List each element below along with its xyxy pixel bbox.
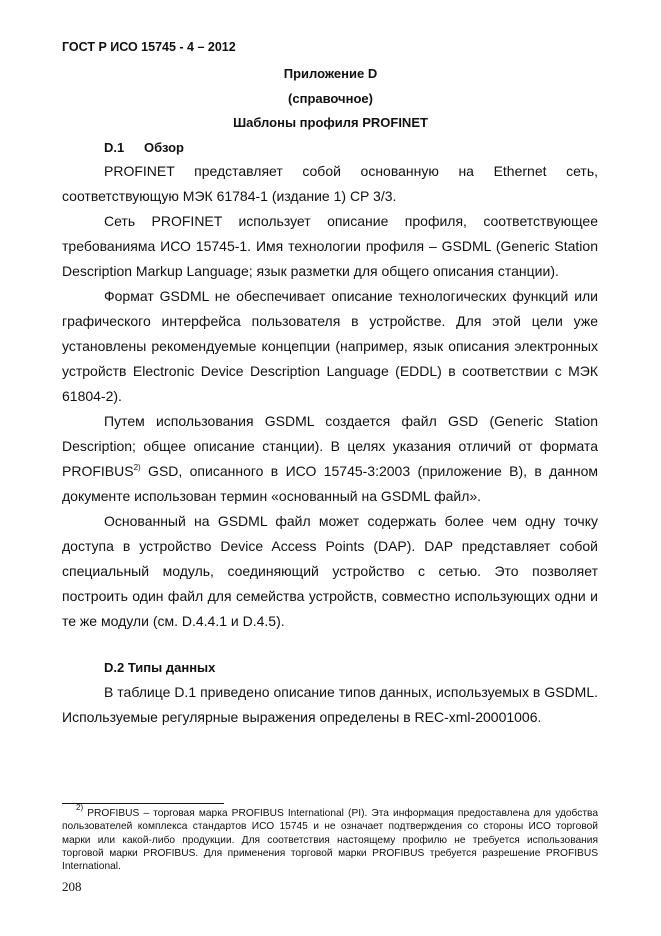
paragraph: Формат GSDML не обеспечивает описание те…	[62, 284, 598, 409]
annex-status: (справочное)	[0, 91, 661, 106]
section-d2-body: В таблице D.1 приведено описание типов д…	[62, 680, 598, 730]
section-heading-d2: D.2 Типы данных	[104, 660, 215, 675]
paragraph: Путем использования GSDML создается файл…	[62, 409, 598, 509]
paragraph: Сеть PROFINET использует описание профил…	[62, 209, 598, 284]
section-number: D.1	[104, 140, 144, 155]
footnote-reference[interactable]: 2)	[134, 463, 141, 472]
paragraph-text: GSD, описанного в ИСО 15745-3:2003 (прил…	[62, 463, 598, 504]
section-heading-d1: D.1Обзор	[104, 140, 184, 155]
footnote-text: PROFIBUS – торговая марка PROFIBUS Inter…	[62, 808, 598, 872]
page-number: 208	[62, 879, 82, 895]
footnote-divider	[62, 803, 224, 804]
annex-subtitle: Шаблоны профиля PROFINET	[0, 115, 661, 130]
section-number: D.2	[104, 660, 124, 675]
section-title: Обзор	[144, 140, 184, 155]
paragraph: В таблице D.1 приведено описание типов д…	[62, 680, 598, 730]
section-title: Типы данных	[128, 660, 216, 675]
paragraph: PROFINET представляет собой основанную н…	[62, 159, 598, 209]
annex-title: Приложение D	[0, 66, 661, 81]
paragraph: Основанный на GSDML файл может содержать…	[62, 509, 598, 634]
footnote: 2) PROFIBUS – торговая марка PROFIBUS In…	[62, 807, 598, 873]
document-page: ГОСТ Р ИСО 15745 - 4 – 2012 Приложение D…	[0, 0, 661, 936]
section-d1-body: PROFINET представляет собой основанную н…	[62, 159, 598, 634]
standard-header: ГОСТ Р ИСО 15745 - 4 – 2012	[62, 40, 236, 54]
